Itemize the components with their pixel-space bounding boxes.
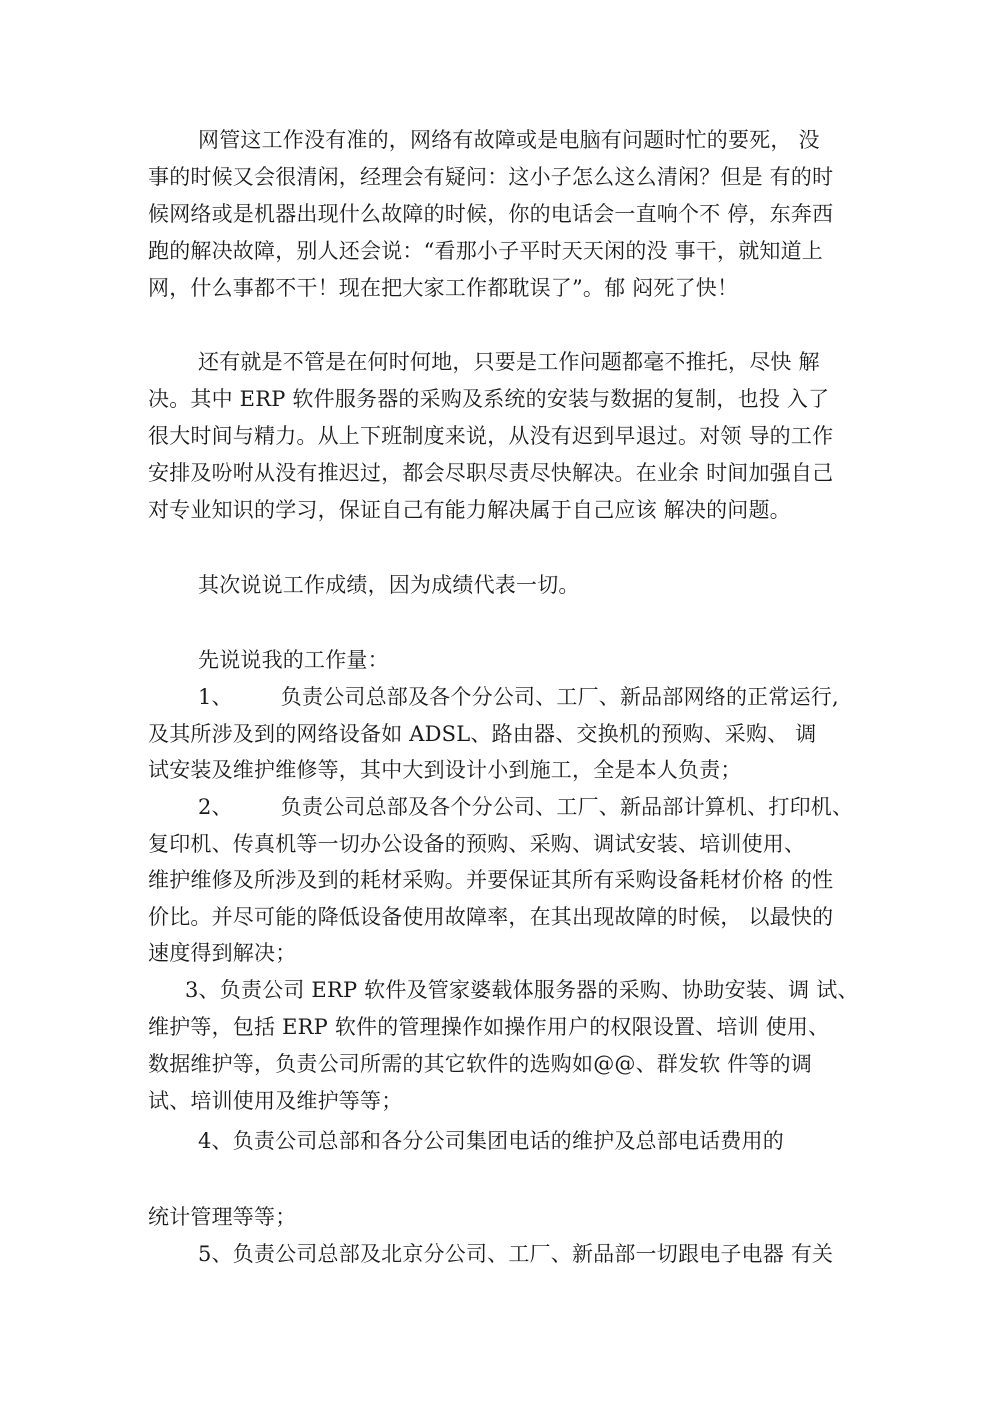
list-item-2-text: 负责公司总部及各个分公司、工厂、新品部计算机、打印机、 [281,795,853,819]
list-item-4-first-line: 4、负责公司总部和各分公司集团电话的维护及总部电话费用的 [198,1127,784,1155]
list-item-3-first-line: 3、负责公司 ERP 软件及管家婆载体服务器的采购、协助安装、调 试、 [185,976,859,1004]
list-item-5-first-line: 5、负责公司总部及北京分公司、工厂、新品部一切跟电子电器 有关 [198,1240,833,1268]
list-item-1-first-line: 1、负责公司总部及各个分公司、工厂、新品部网络的正常运行, [198,683,839,711]
paragraph-2-line-1: 还有就是不管是在何时何地，只要是工作问题都毫不推托，尽快 解 [198,348,820,376]
document-page: 网管这工作没有准的，网络有故障或是电脑有问题时忙的要死， 没 事的时候又会很清闲… [0,0,1000,1415]
list-item-1-line-3: 试安装及维护维修等，其中大到设计小到施工，全是本人负责； [148,756,742,784]
paragraph-1-line-3: 候网络或是机器出现什么故障的时候，你的电话会一直响个不 停，东奔西 [148,200,833,228]
list-item-4-line-2: 统计管理等等； [148,1203,296,1231]
list-item-2-line-5: 速度得到解决； [148,939,296,967]
paragraph-2-line-4: 安排及吩咐从没有推迟过，都会尽职尽责尽快解决。在业余 时间加强自己 [148,459,833,487]
paragraph-1-line-4: 跑的解决故障，别人还会说：“看那小子平时天天闲的没 事干，就知道上 [148,237,823,265]
list-item-2-line-4: 价比。并尽可能的降低设备使用故障率，在其出现故障的时候， 以最快的 [148,903,833,931]
list-item-3-line-3: 数据维护等，负责公司所需的其它软件的选购如@@、群发软 件等的调 [148,1050,812,1078]
list-item-3-line-4: 试、培训使用及维护等等； [148,1087,402,1115]
list-item-1-line-2: 及其所涉及到的网络设备如 ADSL、路由器、交换机的预购、采购、 调 [148,720,816,748]
list-item-2-first-line: 2、负责公司总部及各个分公司、工厂、新品部计算机、打印机、 [198,793,853,821]
list-item-1-text: 负责公司总部及各个分公司、工厂、新品部网络的正常运行, [281,685,839,709]
list-item-2-number: 2、 [198,795,233,819]
paragraph-1-line-5: 网，什么事都不干！现在把大家工作都耽误了”。郁 闷死了快！ [148,274,738,302]
list-item-3-line-2: 维护等，包括 ERP 软件的管理操作如操作用户的权限设置、培训 使用、 [148,1013,829,1041]
paragraph-1-line-1: 网管这工作没有准的，网络有故障或是电脑有问题时忙的要死， 没 [198,126,820,154]
paragraph-3-line-1: 其次说说工作成绩，因为成绩代表一切。 [198,571,580,599]
paragraph-2-line-3: 很大时间与精力。从上下班制度来说，从没有迟到早退过。对领 导的工作 [148,422,833,450]
list-item-2-line-2: 复印机、传真机等一切办公设备的预购、采购、调试安装、培训使用、 [148,830,805,858]
list-item-1-number: 1、 [198,685,233,709]
list-item-2-line-3: 维护维修及所涉及到的耗材采购。并要保证其所有采购设备耗材价格 的性 [148,866,833,894]
paragraph-4-line-1: 先说说我的工作量： [198,646,389,674]
paragraph-1-line-2: 事的时候又会很清闲，经理会有疑问：这小子怎么这么清闲？但是 有的时 [148,163,833,191]
paragraph-2-line-5: 对专业知识的学习，保证自己有能力解决属于自己应该 解决的问题。 [148,496,791,524]
paragraph-2-line-2: 决。其中 ERP 软件服务器的采购及系统的安装与数据的复制，也投 入了 [148,385,829,413]
